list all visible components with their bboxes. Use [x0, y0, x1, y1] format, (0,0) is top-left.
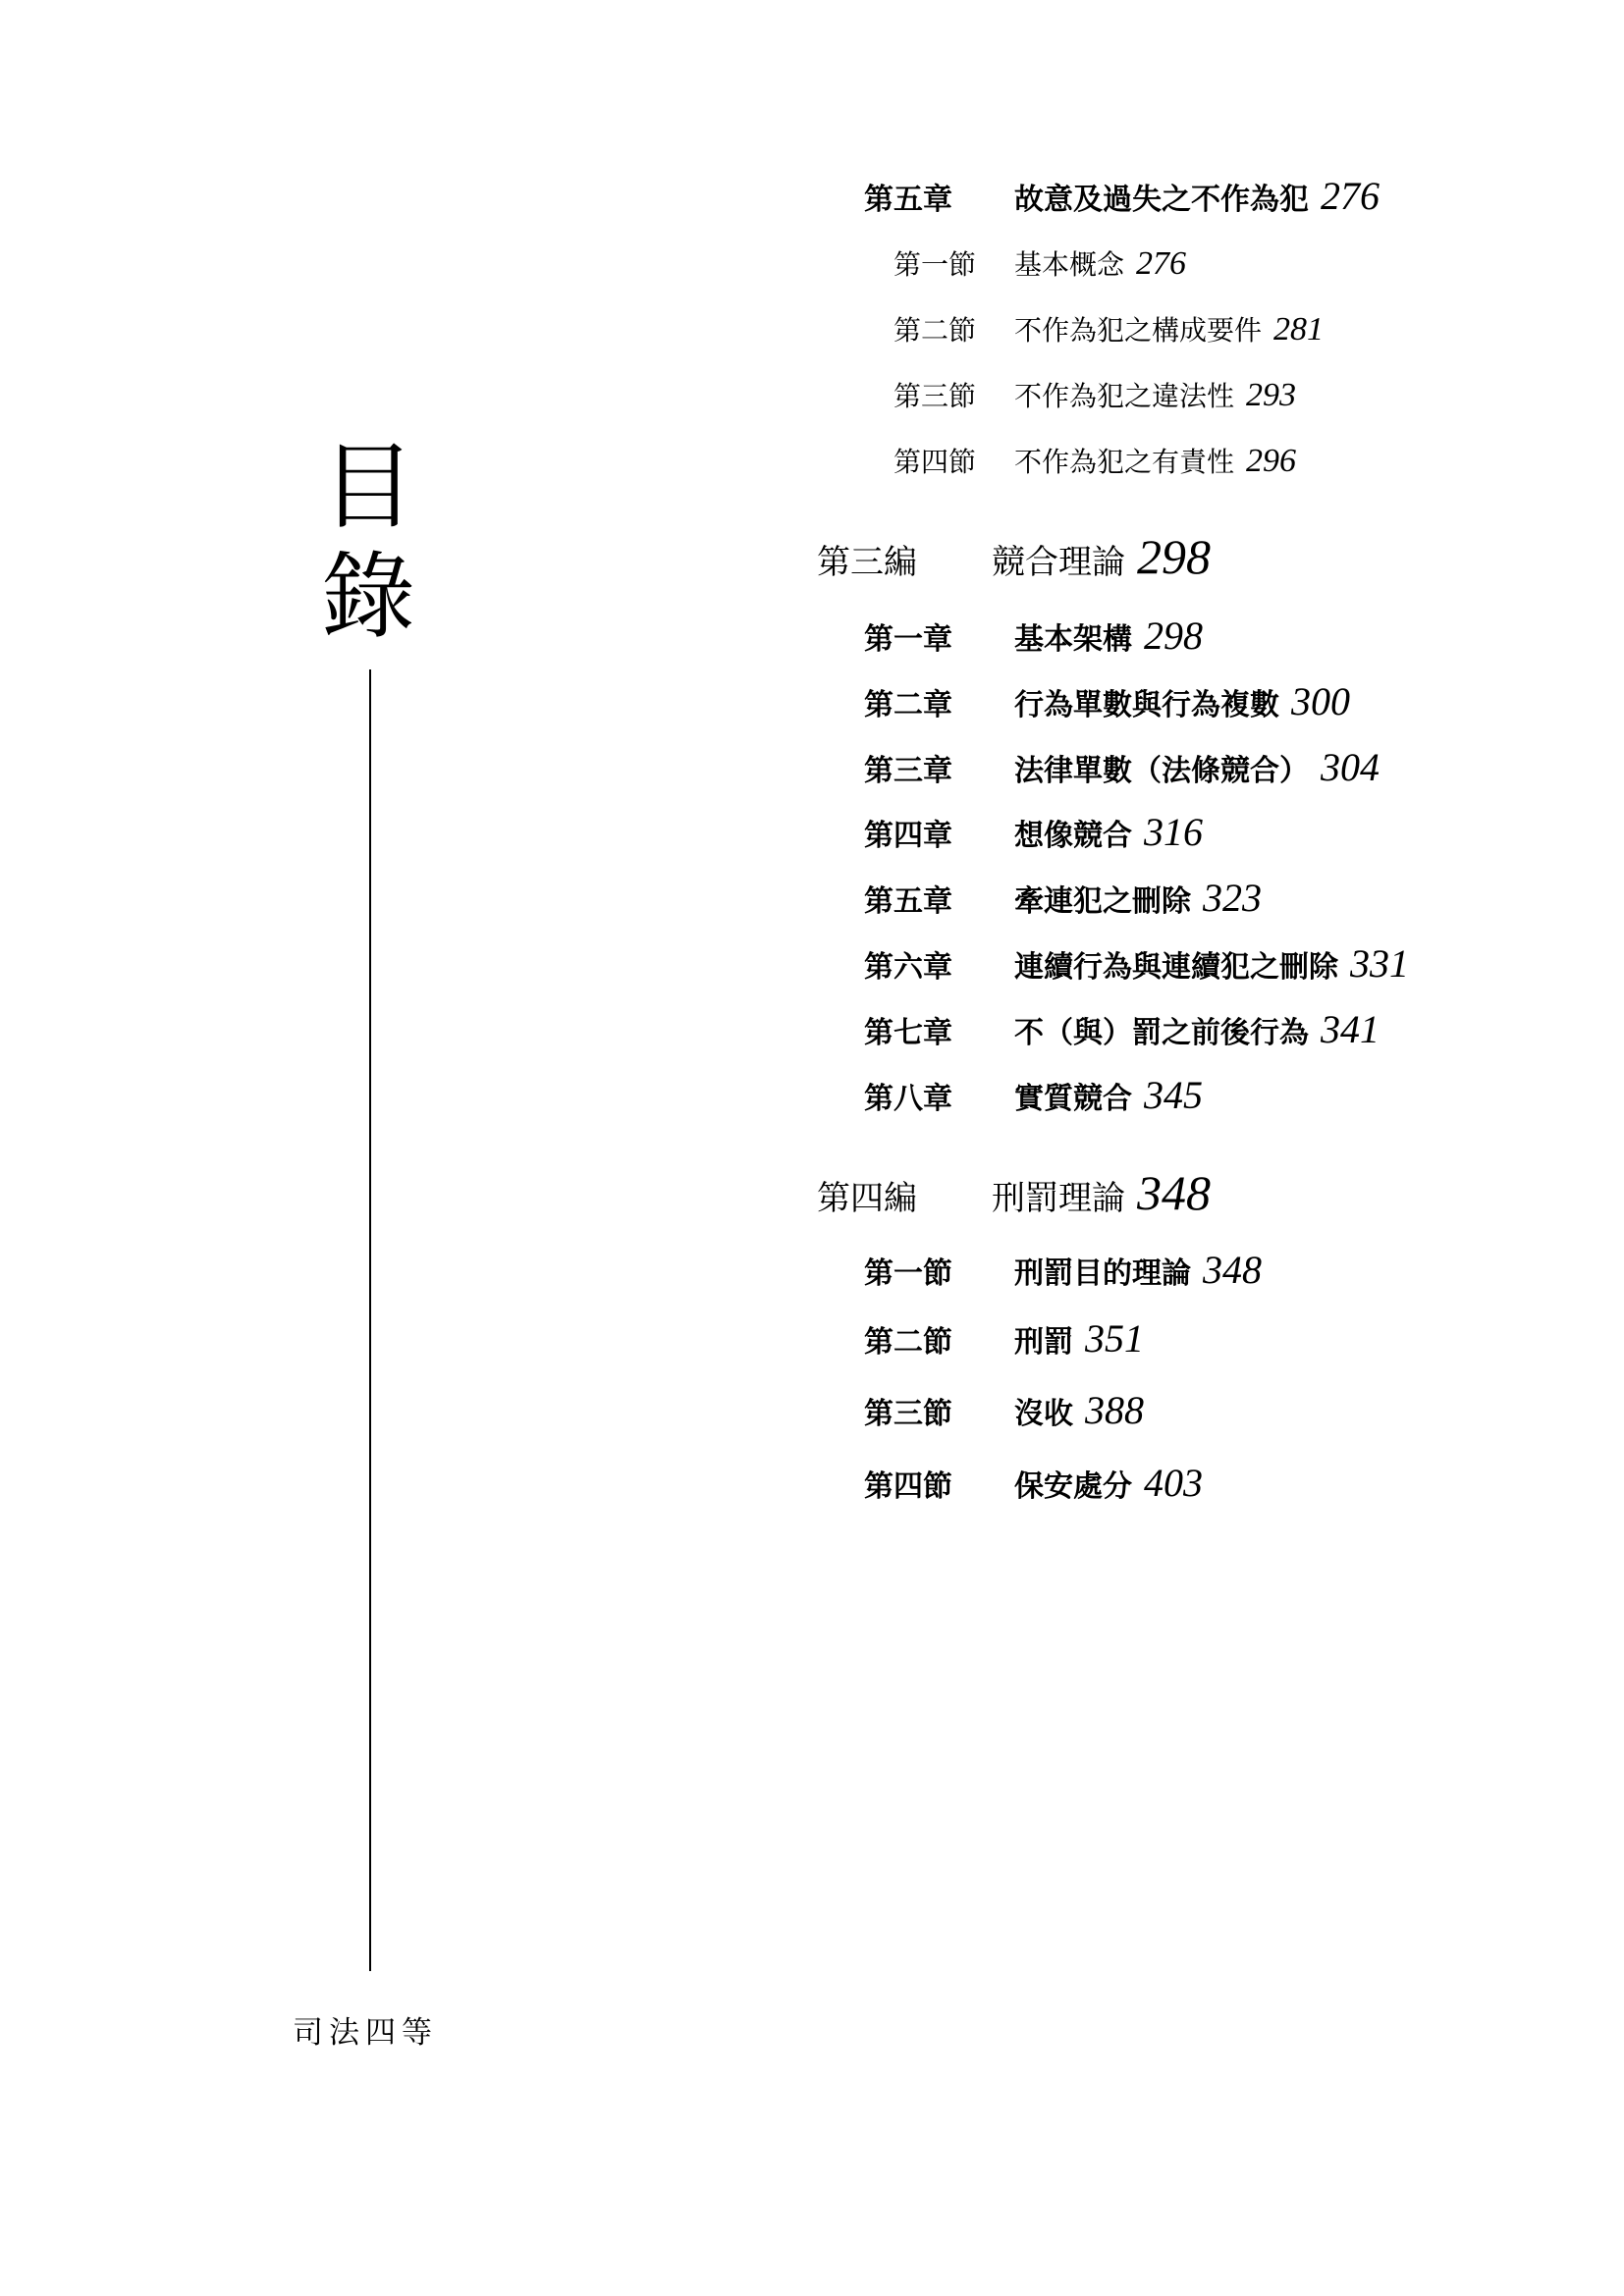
entry-title: 實質競合	[1014, 1074, 1132, 1117]
entry-label: 第三章	[864, 746, 1014, 789]
entry-page: 298	[1137, 528, 1211, 585]
entry-label: 第三節	[893, 375, 1014, 414]
entry-page: 341	[1321, 1006, 1380, 1052]
toc-title-char-2: 錄	[321, 550, 415, 644]
entry-page: 388	[1085, 1387, 1144, 1433]
entry-label: 第一章	[864, 614, 1014, 658]
entry-label: 第五章	[864, 175, 1014, 218]
toc-entry-section[interactable]: 第一節 刑罰目的理論 348	[864, 1247, 1262, 1293]
entry-title: 不作為犯之有責性	[1014, 441, 1234, 480]
entry-page: 331	[1350, 940, 1409, 987]
entry-title: 刑罰理論	[992, 1171, 1125, 1219]
entry-page: 296	[1246, 443, 1296, 480]
entry-title: 牽連犯之刪除	[1014, 877, 1191, 920]
toc-entry-section[interactable]: 第四節 不作為犯之有責性 296	[893, 441, 1296, 480]
entry-title: 連續行為與連續犯之刪除	[1014, 942, 1338, 986]
entry-label: 第一節	[864, 1249, 1014, 1292]
toc-title-char-1: 目	[321, 440, 415, 534]
entry-label: 第二節	[864, 1317, 1014, 1361]
toc-entry-section[interactable]: 第四節 保安處分 403	[864, 1460, 1203, 1506]
toc-entry-chapter[interactable]: 第一章 基本架構 298	[864, 613, 1203, 659]
entry-label: 第六章	[864, 942, 1014, 986]
page-footer: 司法四等	[293, 2007, 438, 2052]
entry-page: 348	[1203, 1247, 1262, 1293]
entry-title: 刑罰	[1014, 1317, 1073, 1361]
entry-page: 276	[1136, 245, 1186, 283]
entry-label: 第五章	[864, 877, 1014, 920]
entry-label: 第二章	[864, 680, 1014, 723]
toc-entry-section[interactable]: 第三節 不作為犯之違法性 293	[893, 375, 1296, 414]
entry-label: 第七章	[864, 1008, 1014, 1051]
entry-page: 403	[1144, 1460, 1203, 1506]
entry-page: 304	[1321, 744, 1380, 790]
entry-title: 想像競合	[1014, 811, 1132, 854]
entry-page: 323	[1203, 875, 1262, 921]
entry-label: 第四編	[817, 1171, 992, 1219]
entry-title: 行為單數與行為複數	[1014, 680, 1279, 723]
toc-entry-chapter[interactable]: 第五章 牽連犯之刪除 323	[864, 875, 1262, 921]
entry-label: 第四節	[893, 441, 1014, 480]
entry-title: 保安處分	[1014, 1462, 1132, 1505]
entry-page: 351	[1085, 1315, 1144, 1362]
entry-page: 276	[1321, 173, 1380, 219]
entry-label: 第一節	[893, 243, 1014, 283]
entry-page: 281	[1273, 311, 1324, 348]
entry-label: 第四節	[864, 1462, 1014, 1505]
toc-entry-chapter[interactable]: 第二章 行為單數與行為複數 300	[864, 678, 1350, 724]
entry-title: 法律單數（法條競合）	[1014, 746, 1309, 789]
toc-entry-chapter[interactable]: 第五章 故意及過失之不作為犯 276	[864, 173, 1380, 219]
toc-entry-section[interactable]: 第二節 不作為犯之構成要件 281	[893, 309, 1324, 348]
entry-label: 第二節	[893, 309, 1014, 348]
entry-title: 不（與）罰之前後行為	[1014, 1008, 1309, 1051]
entry-title: 不作為犯之違法性	[1014, 375, 1234, 414]
entry-label: 第四章	[864, 811, 1014, 854]
entry-page: 348	[1137, 1164, 1211, 1221]
entry-title: 故意及過失之不作為犯	[1014, 175, 1309, 218]
entry-label: 第三節	[864, 1389, 1014, 1432]
entry-page: 316	[1144, 809, 1203, 855]
entry-label: 第八章	[864, 1074, 1014, 1117]
entry-page: 298	[1144, 613, 1203, 659]
toc-entry-part[interactable]: 第四編 刑罰理論 348	[817, 1164, 1211, 1221]
entry-page: 345	[1144, 1072, 1203, 1118]
vertical-divider	[369, 669, 371, 1971]
toc-entry-chapter[interactable]: 第六章 連續行為與連續犯之刪除 331	[864, 940, 1409, 987]
entry-page: 300	[1291, 678, 1350, 724]
toc-entry-chapter[interactable]: 第八章 實質競合 345	[864, 1072, 1203, 1118]
toc-entry-section[interactable]: 第一節 基本概念 276	[893, 243, 1186, 283]
toc-entry-chapter[interactable]: 第七章 不（與）罰之前後行為 341	[864, 1006, 1380, 1052]
entry-title: 沒收	[1014, 1389, 1073, 1432]
entry-label: 第三編	[817, 535, 992, 583]
entry-page: 293	[1246, 377, 1296, 414]
entry-title: 刑罰目的理論	[1014, 1249, 1191, 1292]
entry-title: 不作為犯之構成要件	[1014, 309, 1262, 348]
entry-title: 基本架構	[1014, 614, 1132, 658]
toc-entry-part[interactable]: 第三編 競合理論 298	[817, 528, 1211, 585]
toc-entry-chapter[interactable]: 第三章 法律單數（法條競合） 304	[864, 744, 1380, 790]
entry-title: 基本概念	[1014, 243, 1124, 283]
toc-entry-section[interactable]: 第三節 沒收 388	[864, 1387, 1144, 1433]
toc-entry-section[interactable]: 第二節 刑罰 351	[864, 1315, 1144, 1362]
entry-title: 競合理論	[992, 535, 1125, 583]
toc-entry-chapter[interactable]: 第四章 想像競合 316	[864, 809, 1203, 855]
